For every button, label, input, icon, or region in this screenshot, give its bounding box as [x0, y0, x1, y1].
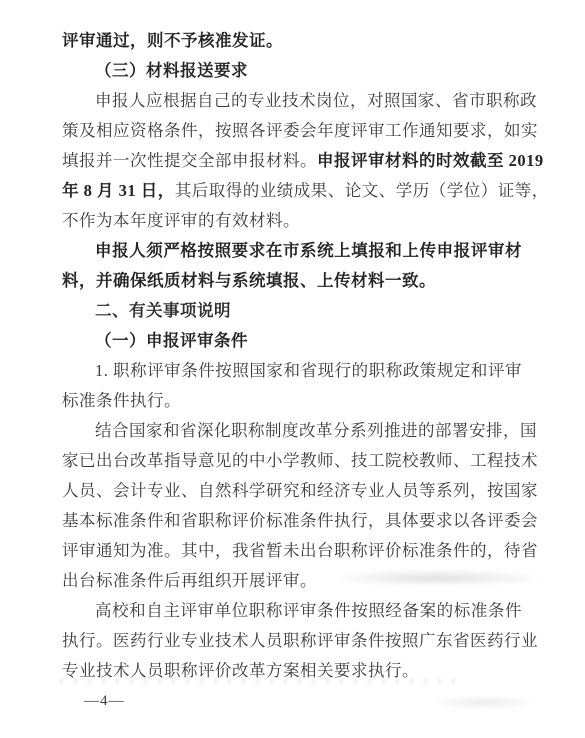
- text-segment: 出台标准条件后再组织开展评审。: [62, 571, 317, 590]
- text-line-3: 申报人应根据自己的专业技术岗位，对照国家、省市职称政: [62, 86, 522, 116]
- text-line-1: 评审通过，则不予核准发证。: [62, 26, 522, 56]
- text-line-10: 二、有关事项说明: [62, 296, 522, 326]
- text-segment: 标准条件执行。: [62, 391, 181, 410]
- text-segment: 申报评审材料的时效截至 2019: [317, 151, 544, 170]
- text-segment: 专业技术人员职称评价改革方案相关要求执行。: [62, 661, 419, 680]
- text-segment: 评审通知为准。其中，我省暂未出台职称评价标准条件的，待省: [62, 541, 538, 560]
- text-line-6: 年 8 月 31 日，其后取得的业绩成果、论文、学历（学位）证等，: [62, 176, 522, 206]
- text-line-20: 高校和自主评审单位职称评审条件按照经备案的标准条件: [62, 596, 522, 626]
- text-segment: 申报人应根据自己的专业技术岗位，对照国家、省市职称政: [95, 91, 537, 110]
- text-segment: 料，并确保纸质材料与系统填报、上传材料一致。: [62, 271, 436, 290]
- text-segment: 年 8 月 31 日，: [62, 181, 175, 200]
- text-line-14: 结合国家和省深化职称制度改革分系列推进的部署安排，国: [62, 416, 522, 446]
- text-line-16: 人员、会计专业、自然科学研究和经济专业人员等系列，按国家: [62, 476, 522, 506]
- text-line-8: 申报人须严格按照要求在市系统上填报和上传申报评审材: [62, 236, 522, 266]
- text-segment: 评审通过，则不予核准发证。: [62, 31, 283, 50]
- text-segment: 结合国家和省深化职称制度改革分系列推进的部署安排，国: [95, 421, 537, 440]
- text-line-12: 1. 职称评审条件按照国家和省现行的职称政策规定和评审: [62, 356, 522, 386]
- text-segment: 其后取得的业绩成果、论文、学历（学位）证等，: [175, 181, 549, 200]
- page-number: —4—: [62, 686, 522, 716]
- text-segment: 基本标准条件和省职称评价标准条件执行，具体要求以各评委会: [62, 511, 538, 530]
- text-line-18: 评审通知为准。其中，我省暂未出台职称评价标准条件的，待省: [62, 536, 522, 566]
- text-line-2: （三）材料报送要求: [62, 56, 522, 86]
- text-line-21: 执行。医药行业专业技术人员职称评审条件按照广东省医药行业: [62, 626, 522, 656]
- text-line-7: 不作为本年度评审的有效材料。: [62, 206, 522, 236]
- text-segment: （一）申报评审条件: [95, 331, 248, 350]
- document-page: 评审通过，则不予核准发证。（三）材料报送要求申报人应根据自己的专业技术岗位，对照…: [0, 0, 585, 738]
- document-body: 评审通过，则不予核准发证。（三）材料报送要求申报人应根据自己的专业技术岗位，对照…: [62, 26, 522, 716]
- text-segment: 高校和自主评审单位职称评审条件按照经备案的标准条件: [95, 601, 522, 620]
- text-segment: 执行。医药行业专业技术人员职称评审条件按照广东省医药行业: [62, 631, 538, 650]
- text-line-17: 基本标准条件和省职称评价标准条件执行，具体要求以各评委会: [62, 506, 522, 536]
- text-line-19: 出台标准条件后再组织开展评审。: [62, 566, 522, 596]
- text-segment: 家已出台改革指导意见的中小学教师、技工院校教师、工程技术: [62, 451, 538, 470]
- text-segment: 填报并一次性提交全部申报材料。: [62, 151, 317, 170]
- text-segment: 策及相应资格条件，按照各评委会年度评审工作通知要求，如实: [62, 121, 538, 140]
- text-segment: 二、有关事项说明: [95, 302, 231, 320]
- text-line-15: 家已出台改革指导意见的中小学教师、技工院校教师、工程技术: [62, 446, 522, 476]
- text-line-5: 填报并一次性提交全部申报材料。申报评审材料的时效截至 2019: [62, 146, 522, 176]
- text-line-4: 策及相应资格条件，按照各评委会年度评审工作通知要求，如实: [62, 116, 522, 146]
- text-line-9: 料，并确保纸质材料与系统填报、上传材料一致。: [62, 266, 522, 296]
- text-line-22: 专业技术人员职称评价改革方案相关要求执行。: [62, 656, 522, 686]
- text-segment: （三）材料报送要求: [95, 61, 248, 80]
- text-line-11: （一）申报评审条件: [62, 326, 522, 356]
- text-segment: 人员、会计专业、自然科学研究和经济专业人员等系列，按国家: [62, 481, 538, 500]
- text-segment: 不作为本年度评审的有效材料。: [62, 211, 300, 230]
- text-segment: 申报人须严格按照要求在市系统上填报和上传申报评审材: [95, 241, 522, 260]
- text-segment: 1. 职称评审条件按照国家和省现行的职称政策规定和评审: [95, 361, 522, 380]
- text-line-13: 标准条件执行。: [62, 386, 522, 416]
